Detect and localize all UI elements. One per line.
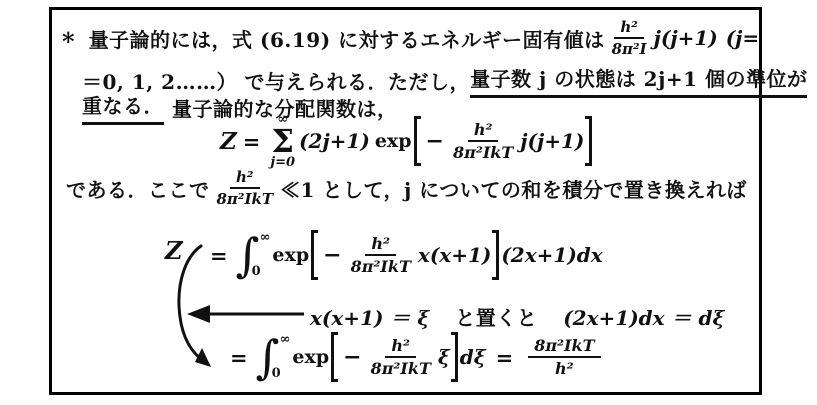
equation-integral-1: = ∫ ∞ 0 exp − h² 8π²IkT x(x+1) (2x+1)dx xyxy=(204,230,603,280)
equation-integral-2: = ∫ ∞ 0 exp − h² 8π²IkT ξ dξ = 8π²IkT h² xyxy=(224,332,606,382)
right-bracket xyxy=(492,230,499,280)
para1-line3-underlined: 重なる． xyxy=(82,90,164,125)
minus-sign: − xyxy=(343,344,361,370)
eq-int2-equals: = xyxy=(230,345,248,370)
summation-symbol: ∞ Σ j=0 xyxy=(270,113,295,169)
fraction-denominator: 8π²IkT xyxy=(451,142,515,162)
left-bracket xyxy=(311,230,318,280)
substitution-note: x(x+1) ＝ ξ と置くと (2x+1)dx ＝ dξ xyxy=(310,302,724,331)
eq-int1-equals: = xyxy=(210,243,228,268)
eq-int-lhs: Z xyxy=(165,236,183,265)
note-formula-1: x(x+1) ＝ ξ xyxy=(310,302,429,331)
content-frame: * 量子論的には，式 (6.19) に対するエネルギー固有値は h² 8π²I … xyxy=(49,7,762,395)
minus-sign: − xyxy=(426,128,444,154)
eq-int2-exp: exp xyxy=(292,346,329,368)
fraction-numerator: h² xyxy=(385,336,416,358)
integral-symbol: ∫ ∞ 0 xyxy=(236,232,271,278)
para1-line1-tail: (j= xyxy=(726,26,759,50)
note-text: と置くと xyxy=(455,302,537,331)
eq-int2-arg: ξ xyxy=(438,345,450,369)
para1-line1-math: j(j+1) xyxy=(654,26,718,50)
para2-line: である．ここで h² 8π²IkT ≪1 として，j についての和を積分で置き換… xyxy=(66,168,747,208)
minus-sign: − xyxy=(323,242,341,268)
inline-fraction-2: h² 8π²IkT xyxy=(215,168,276,208)
note-formula-2: (2x+1)dx ＝ dξ xyxy=(563,302,724,331)
fraction-denominator: 8π²IkT xyxy=(369,358,433,378)
integral-symbol: ∫ ∞ 0 xyxy=(256,334,291,380)
integral-upper-limit: ∞ xyxy=(260,230,271,245)
para1-line1-text: 量子論的には，式 (6.19) に対するエネルギー固有値は xyxy=(89,24,605,53)
fraction-denominator: 8π²IkT xyxy=(349,256,413,276)
eq-int1-fraction: h² 8π²IkT xyxy=(349,234,413,276)
eq-sum-arg: j(j+1) xyxy=(520,129,584,153)
eq-sum-exp: exp xyxy=(375,130,412,152)
left-bracket xyxy=(414,116,421,166)
eq-sum-coeff: (2j+1) xyxy=(299,129,370,153)
eq-int2-tail: dξ xyxy=(460,345,486,369)
left-arrowhead xyxy=(187,305,210,323)
eq-int1-arg: x(x+1) xyxy=(418,243,491,267)
para2-pre: である．ここで xyxy=(66,174,210,203)
fraction-numerator: h² xyxy=(230,168,259,189)
page: * 量子論的には，式 (6.19) に対するエネルギー固有値は h² 8π²I … xyxy=(0,0,817,405)
fraction-numerator: 8π²IkT xyxy=(528,336,600,358)
integral-limits: ∞ 0 xyxy=(280,334,291,380)
right-bracket xyxy=(585,116,592,166)
fraction-denominator: 8π²I xyxy=(610,39,649,58)
eq-int1-exp: exp xyxy=(272,244,309,266)
right-bracket xyxy=(451,332,458,382)
para2-post: ≪1 として，j についての和を積分で置き換えれば xyxy=(280,174,747,203)
eq-sum-equals: = xyxy=(243,129,261,154)
integral-lower-limit: 0 xyxy=(272,366,291,381)
sigma-icon: Σ xyxy=(271,126,294,156)
fraction-numerator: h² xyxy=(614,18,643,39)
eq-sum-fraction: h² 8π²IkT xyxy=(451,120,515,162)
fraction-numerator: h² xyxy=(365,234,396,256)
integral-upper-limit: ∞ xyxy=(280,332,291,347)
fraction-numerator: h² xyxy=(468,120,499,142)
eq-int2-equals-2: = xyxy=(496,345,514,370)
bullet-asterisk: * xyxy=(62,27,75,56)
result-fraction: 8π²IkT h² xyxy=(528,336,600,378)
eq-int1-tail: (2x+1)dx xyxy=(501,243,602,267)
integral-lower-limit: 0 xyxy=(252,264,271,279)
equation-sum: Z = ∞ Σ j=0 (2j+1) exp − h² 8π²IkT j(j+1… xyxy=(220,113,594,169)
integral-limits: ∞ 0 xyxy=(260,232,271,278)
inline-fraction-1: h² 8π²I xyxy=(610,18,649,58)
eq-sum-lhs: Z xyxy=(220,128,237,155)
curved-arrowhead xyxy=(195,348,211,367)
eq-int2-fraction: h² 8π²IkT xyxy=(369,336,433,378)
fraction-denominator: h² xyxy=(553,358,576,378)
left-bracket xyxy=(331,332,338,382)
para1-line2-underlined: 量子数 j の状態は 2j+1 個の準位が xyxy=(470,63,807,98)
para1-line1: * 量子論的には，式 (6.19) に対するエネルギー固有値は h² 8π²I … xyxy=(62,18,759,58)
fraction-denominator: 8π²IkT xyxy=(215,189,276,208)
